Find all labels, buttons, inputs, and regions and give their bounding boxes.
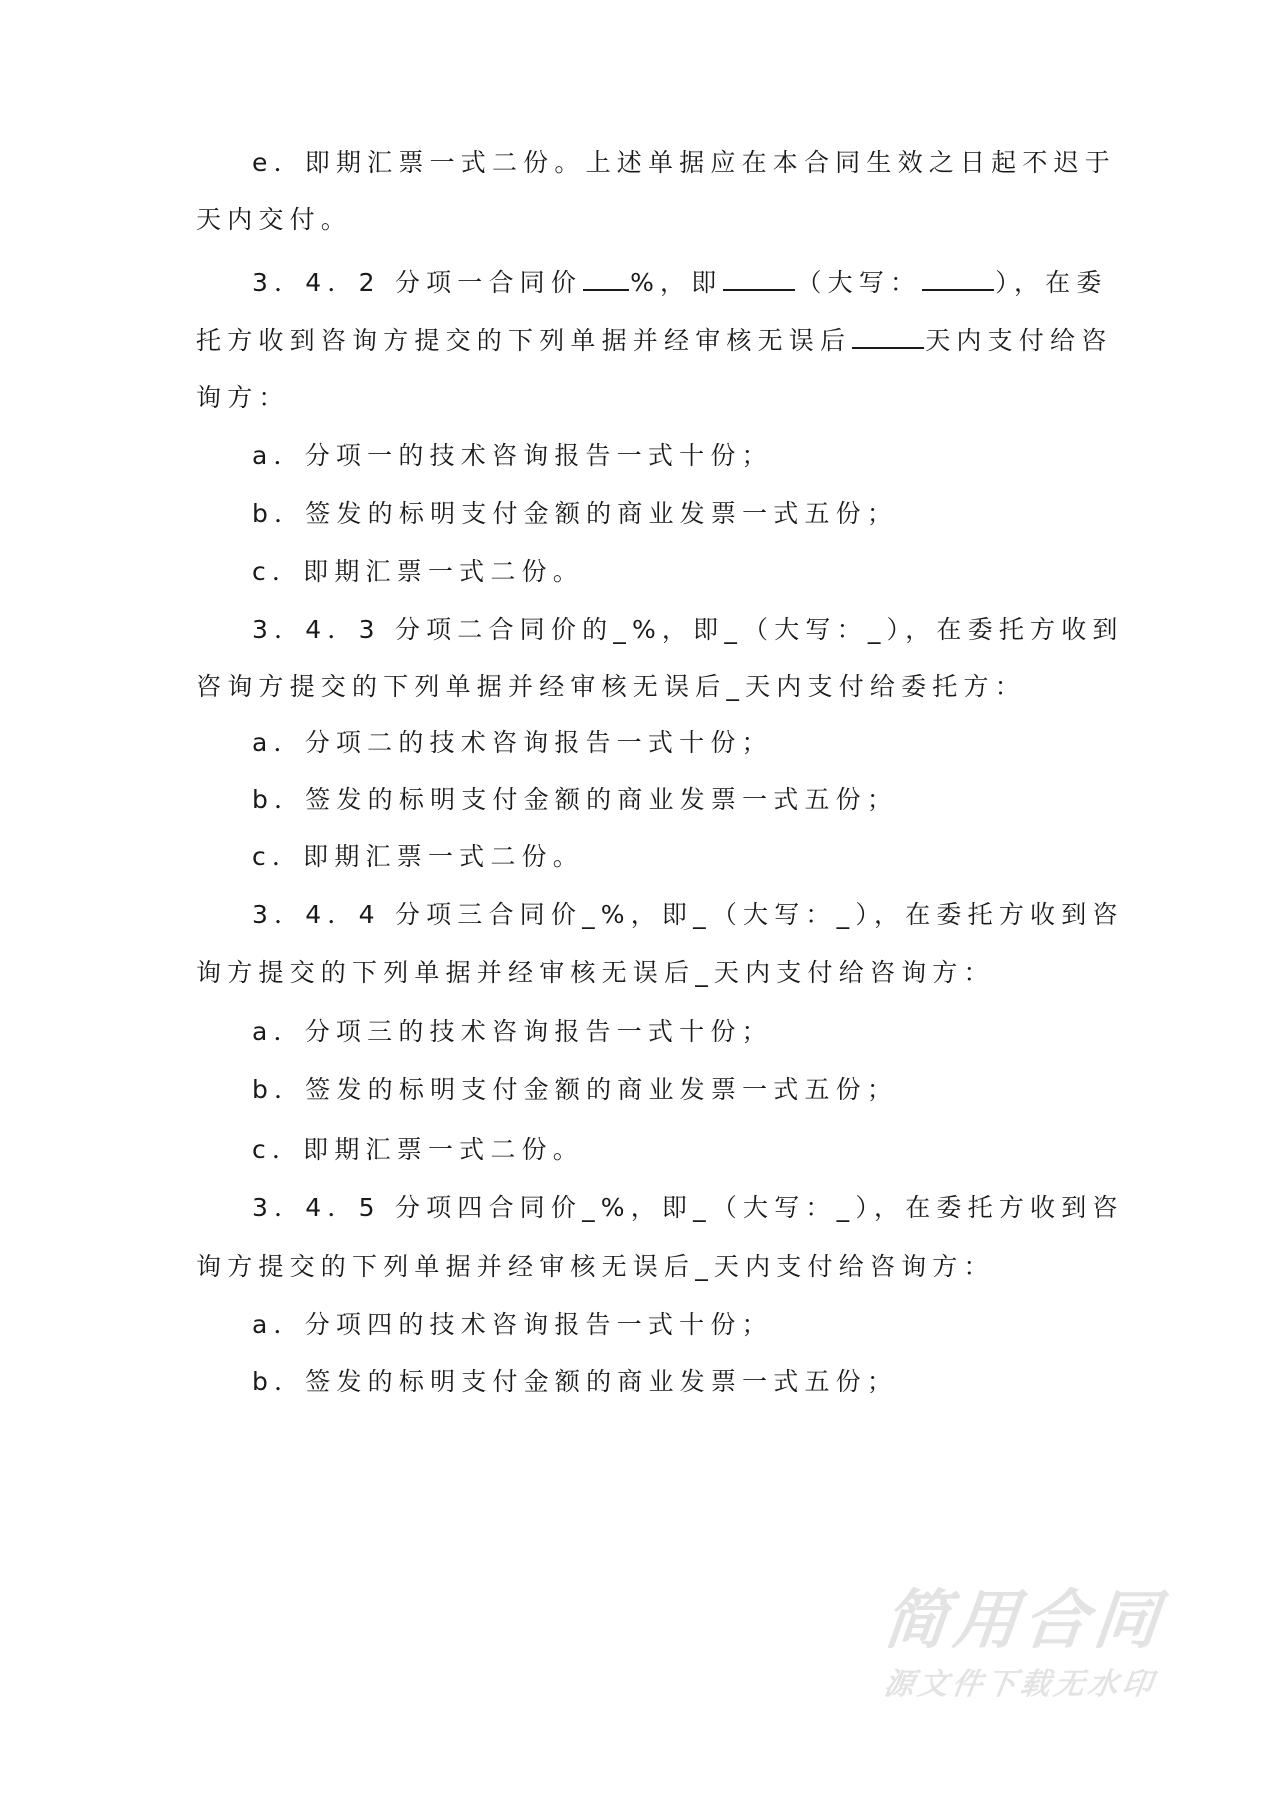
clause-text: 咨询方提交的下列单据并经审核无误后_天内支付给委托方： <box>196 672 1026 701</box>
list-item-b: b．签发的标明支付金额的商业发票一式五份； <box>252 1073 1152 1107</box>
clause-3-4-2-continuation-2: 询方： <box>196 381 1096 415</box>
line-text: b．签发的标明支付金额的商业发票一式五份； <box>252 1367 898 1396</box>
clause-text: 3．4．4 分项三合同价_%，即_（大写：_），在委托方收到咨 <box>252 900 1124 929</box>
clause-3-4-5-continuation: 询方提交的下列单据并经审核无误后_天内支付给咨询方： <box>196 1250 1096 1284</box>
days-blank <box>852 321 924 349</box>
clause-3-4-2: 3．4．2 分项一合同价%，即（大写：），在委 <box>252 263 1152 300</box>
list-item-e-continuation: 天内交付。 <box>196 203 1096 237</box>
clause-text: %，即 <box>630 268 722 297</box>
watermark-title: 简用合同 <box>880 1585 1218 1657</box>
amount-blank <box>723 263 795 291</box>
clause-text: 询方提交的下列单据并经审核无误后_天内支付给咨询方： <box>196 958 995 987</box>
line-text: 天内交付。 <box>196 205 352 234</box>
list-item-a: a．分项二的技术咨询报告一式十份； <box>252 726 1152 760</box>
clause-text: （大写： <box>796 268 921 297</box>
clause-3-4-4-continuation: 询方提交的下列单据并经审核无误后_天内支付给咨询方： <box>196 956 1096 990</box>
clause-text: 3．4．2 分项一合同价 <box>252 268 582 297</box>
line-text: c．即期汇票一式二份。 <box>252 842 584 871</box>
clause-text: 询方： <box>196 383 290 412</box>
line-text: a．分项一的技术咨询报告一式十份； <box>252 441 773 470</box>
clause-3-4-5: 3．4．5 分项四合同价_%，即_（大写：_），在委托方收到咨 <box>252 1191 1152 1225</box>
line-text: b．签发的标明支付金额的商业发票一式五份； <box>252 499 898 528</box>
clause-3-4-2-continuation: 托方收到咨询方提交的下列单据并经审核无误后天内支付给咨 <box>196 321 1096 358</box>
list-item-b: b．签发的标明支付金额的商业发票一式五份； <box>252 1365 1152 1399</box>
line-text: a．分项三的技术咨询报告一式十份； <box>252 1017 773 1046</box>
list-item-b: b．签发的标明支付金额的商业发票一式五份； <box>252 497 1152 531</box>
clause-text: 天内支付给咨 <box>925 326 1112 355</box>
watermark-subtitle: 源文件下载无水印 <box>881 1665 1217 1705</box>
line-text: a．分项四的技术咨询报告一式十份； <box>252 1310 773 1339</box>
list-item-e: e．即期汇票一式二份。上述单据应在本合同生效之日起不迟于 <box>252 146 1152 180</box>
line-text: b．签发的标明支付金额的商业发票一式五份； <box>252 1075 898 1104</box>
clause-text: 3．4．5 分项四合同价_%，即_（大写：_），在委托方收到咨 <box>252 1193 1124 1222</box>
list-item-b: b．签发的标明支付金额的商业发票一式五份； <box>252 783 1152 817</box>
line-text: a．分项二的技术咨询报告一式十份； <box>252 728 773 757</box>
list-item-c: c．即期汇票一式二份。 <box>252 840 1152 874</box>
clause-text: 询方提交的下列单据并经审核无误后_天内支付给咨询方： <box>196 1252 995 1281</box>
watermark: 简用合同 源文件下载无水印 <box>884 1585 1214 1705</box>
clause-3-4-3: 3．4．3 分项二合同价的_%，即_（大写：_），在委托方收到 <box>252 613 1152 647</box>
amount-in-words-blank <box>922 263 994 291</box>
clause-text: 托方收到咨询方提交的下列单据并经审核无误后 <box>196 326 851 355</box>
list-item-a: a．分项三的技术咨询报告一式十份； <box>252 1015 1152 1049</box>
line-text: c．即期汇票一式二份。 <box>252 1135 584 1164</box>
list-item-a: a．分项四的技术咨询报告一式十份； <box>252 1308 1152 1342</box>
percent-blank <box>583 263 629 291</box>
clause-3-4-4: 3．4．4 分项三合同价_%，即_（大写：_），在委托方收到咨 <box>252 898 1152 932</box>
line-text: e．即期汇票一式二份。上述单据应在本合同生效之日起不迟于 <box>252 148 1116 177</box>
clause-text: ），在委 <box>995 268 1107 297</box>
list-item-c: c．即期汇票一式二份。 <box>252 555 1152 589</box>
document-page: e．即期汇票一式二份。上述单据应在本合同生效之日起不迟于 天内交付。 3．4．2… <box>0 0 1280 1810</box>
clause-3-4-3-continuation: 咨询方提交的下列单据并经审核无误后_天内支付给委托方： <box>196 670 1096 704</box>
line-text: b．签发的标明支付金额的商业发票一式五份； <box>252 785 898 814</box>
list-item-c: c．即期汇票一式二份。 <box>252 1133 1152 1167</box>
line-text: c．即期汇票一式二份。 <box>252 557 584 586</box>
clause-text: 3．4．3 分项二合同价的_%，即_（大写：_），在委托方收到 <box>252 615 1124 644</box>
list-item-a: a．分项一的技术咨询报告一式十份； <box>252 439 1152 473</box>
